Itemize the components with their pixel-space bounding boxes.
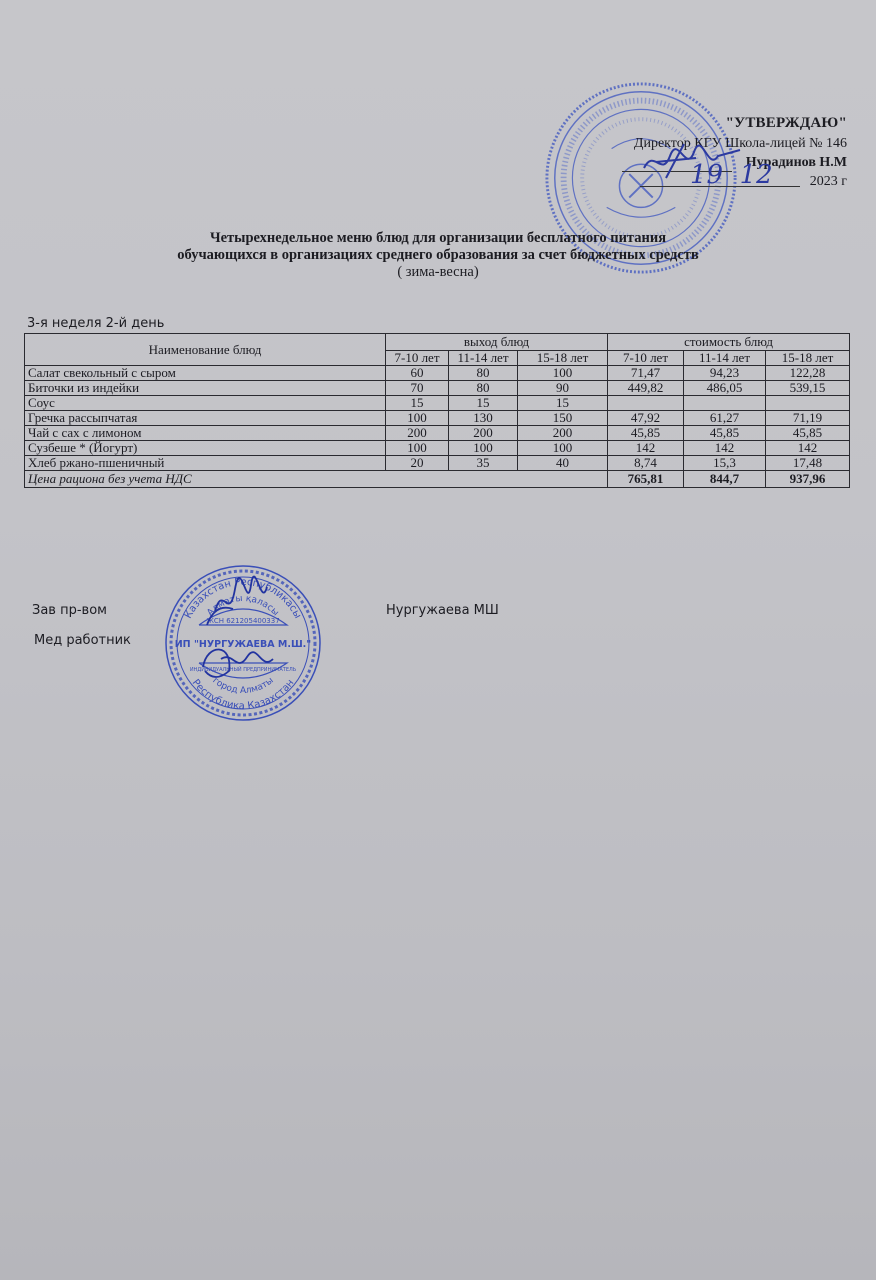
dish-cost: 47,92	[608, 411, 684, 426]
dish-yield: 15	[518, 396, 608, 411]
dish-yield: 90	[518, 381, 608, 396]
dish-cost: 17,48	[766, 456, 850, 471]
dish-yield: 100	[386, 411, 449, 426]
svg-text:ИП "НУРГУЖАЕВА М.Ш.": ИП "НУРГУЖАЕВА М.Ш."	[175, 639, 312, 650]
dish-name: Соус	[25, 396, 386, 411]
table-row: Сузбеше * (Йогурт)100100100142142142	[25, 441, 850, 456]
table-row: Соус151515	[25, 396, 850, 411]
dish-cost: 45,85	[608, 426, 684, 441]
dish-cost: 71,47	[608, 366, 684, 381]
dish-cost	[608, 396, 684, 411]
dish-name: Биточки из индейки	[25, 381, 386, 396]
dish-name: Гречка рассыпчатая	[25, 411, 386, 426]
dish-yield: 40	[518, 456, 608, 471]
approval-title: "УТВЕРЖДАЮ"	[726, 114, 847, 133]
yield-age-11-14: 11-14 лет	[449, 351, 518, 366]
dish-yield: 200	[449, 426, 518, 441]
dish-name: Сузбеше * (Йогурт)	[25, 441, 386, 456]
dish-yield: 15	[449, 396, 518, 411]
total-cost: 765,81	[608, 471, 684, 488]
total-label: Цена рациона без учета НДС	[25, 471, 608, 488]
table-row: Биточки из индейки708090449,82486,05539,…	[25, 381, 850, 396]
dish-cost: 142	[684, 441, 766, 456]
dish-yield: 80	[449, 366, 518, 381]
dish-yield: 200	[386, 426, 449, 441]
total-row: Цена рациона без учета НДС765,81844,7937…	[25, 471, 850, 488]
dish-yield: 80	[449, 381, 518, 396]
table-row: Чай с сах с лимоном20020020045,8545,8545…	[25, 426, 850, 441]
dish-name-header: Наименование блюд	[25, 334, 386, 366]
dish-yield: 100	[386, 441, 449, 456]
dish-cost: 71,19	[766, 411, 850, 426]
dish-name: Чай с сах с лимоном	[25, 426, 386, 441]
dish-name: Салат свекольный с сыром	[25, 366, 386, 381]
table-row: Гречка рассыпчатая10013015047,9261,2771,…	[25, 411, 850, 426]
document-title: Четырехнедельное меню блюд для организац…	[0, 230, 876, 281]
dish-cost: 122,28	[766, 366, 850, 381]
dish-cost: 61,27	[684, 411, 766, 426]
svg-text:ЖСН 621205400337: ЖСН 621205400337	[206, 617, 279, 625]
dish-cost: 539,15	[766, 381, 850, 396]
dish-yield: 70	[386, 381, 449, 396]
production-head-label: Зав пр-вом	[32, 603, 107, 618]
dish-yield: 130	[449, 411, 518, 426]
dish-yield: 100	[518, 366, 608, 381]
yield-age-15-18: 15-18 лет	[518, 351, 608, 366]
dish-cost: 449,82	[608, 381, 684, 396]
dish-yield: 200	[518, 426, 608, 441]
menu-table: Наименование блюд выход блюд стоимость б…	[24, 333, 850, 488]
dish-cost: 486,05	[684, 381, 766, 396]
dish-yield: 15	[386, 396, 449, 411]
season-subtitle: ( зима-весна)	[0, 264, 876, 281]
dish-cost	[766, 396, 850, 411]
yield-header: выход блюд	[386, 334, 608, 351]
yield-age-7-10: 7-10 лет	[386, 351, 449, 366]
cost-age-11-14: 11-14 лет	[684, 351, 766, 366]
dish-name: Хлеб ржано-пшеничный	[25, 456, 386, 471]
entrepreneur-stamp: Казахстан Республикасы Алматы қаласы ЖСН…	[163, 563, 323, 723]
dish-yield: 100	[449, 441, 518, 456]
production-head-name: Нургужаева МШ	[386, 603, 499, 618]
week-day-label: 3-я неделя 2-й день	[27, 316, 164, 331]
dish-cost: 15,3	[684, 456, 766, 471]
dish-cost: 94,23	[684, 366, 766, 381]
table-row: Хлеб ржано-пшеничный2035408,7415,317,48	[25, 456, 850, 471]
title-line-2: обучающихся в организациях среднего обра…	[177, 247, 698, 263]
dish-yield: 20	[386, 456, 449, 471]
dish-yield: 150	[518, 411, 608, 426]
total-cost: 937,96	[766, 471, 850, 488]
dish-cost	[684, 396, 766, 411]
dish-cost: 142	[766, 441, 850, 456]
total-cost: 844,7	[684, 471, 766, 488]
dish-cost: 8,74	[608, 456, 684, 471]
table-row: Салат свекольный с сыром608010071,4794,2…	[25, 366, 850, 381]
dish-cost: 142	[608, 441, 684, 456]
cost-age-7-10: 7-10 лет	[608, 351, 684, 366]
title-line-1: Четырехнедельное меню блюд для организац…	[210, 230, 666, 246]
dish-yield: 60	[386, 366, 449, 381]
cost-age-15-18: 15-18 лет	[766, 351, 850, 366]
dish-yield: 35	[449, 456, 518, 471]
dish-cost: 45,85	[684, 426, 766, 441]
medic-label: Мед работник	[34, 633, 131, 648]
dish-yield: 100	[518, 441, 608, 456]
dish-cost: 45,85	[766, 426, 850, 441]
svg-text:город Алматы: город Алматы	[210, 676, 275, 696]
approval-year: 2023 г	[810, 172, 847, 191]
cost-header: стоимость блюд	[608, 334, 850, 351]
director-signature-icon	[636, 138, 746, 188]
